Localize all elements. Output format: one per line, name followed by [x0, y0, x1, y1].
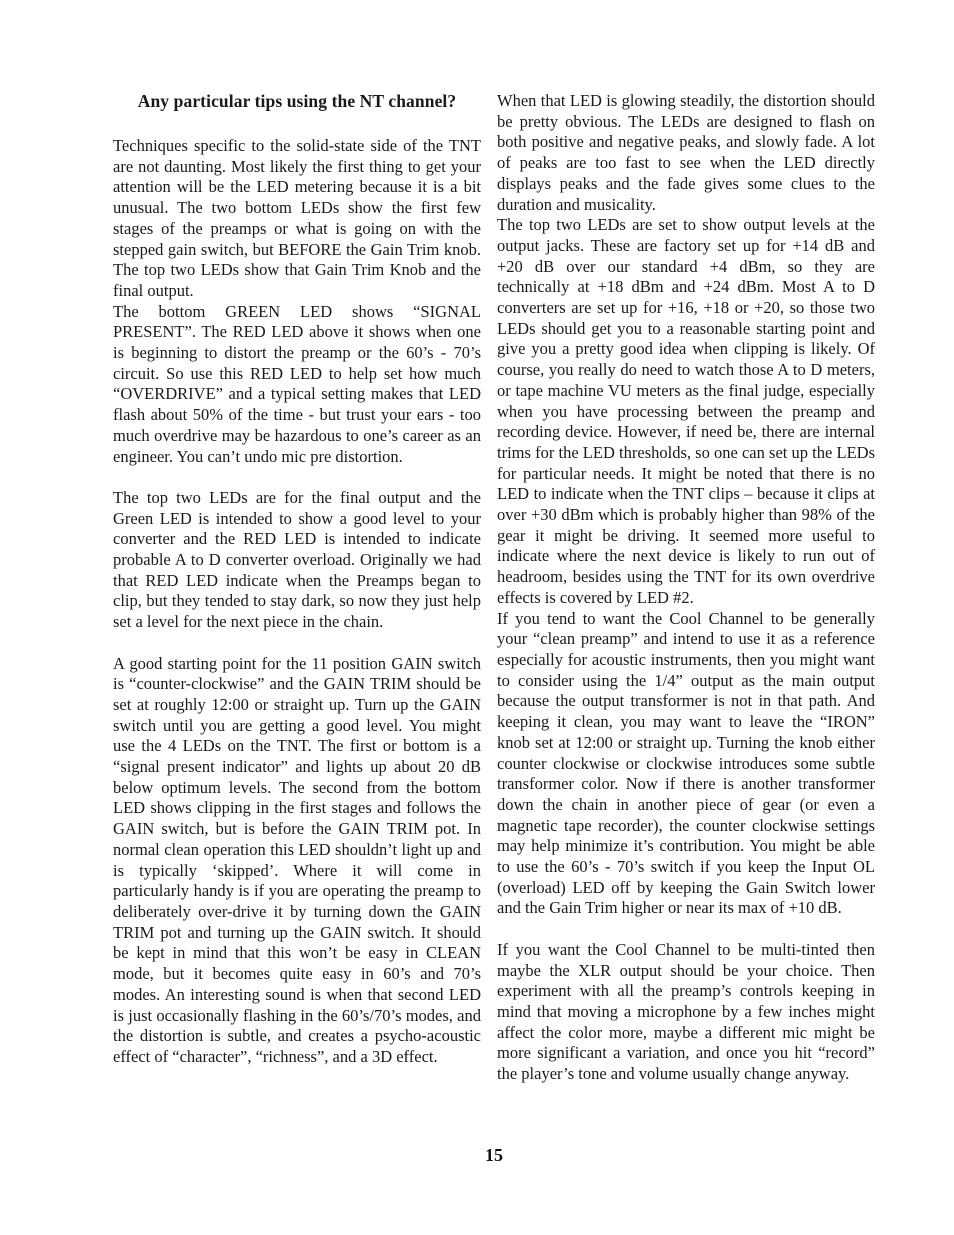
right-column: When that LED is glowing steadily, the d… — [497, 91, 875, 1085]
left-paragraph-3: The top two LEDs are for the final outpu… — [113, 488, 481, 633]
left-column: Any particular tips using the NT channel… — [113, 91, 481, 1068]
section-heading: Any particular tips using the NT channel… — [113, 91, 481, 112]
left-paragraph-4: A good starting point for the 11 positio… — [113, 654, 481, 1068]
page-number: 15 — [113, 1145, 875, 1166]
right-paragraph-3: If you tend to want the Cool Channel to … — [497, 609, 875, 920]
left-paragraph-2: The bottom GREEN LED shows “SIGNAL PRESE… — [113, 302, 481, 468]
left-paragraph-1: Techniques specific to the solid-state s… — [113, 136, 481, 302]
right-paragraph-4: If you want the Cool Channel to be multi… — [497, 940, 875, 1085]
manual-page: Any particular tips using the NT channel… — [0, 0, 954, 1235]
right-paragraph-1: When that LED is glowing steadily, the d… — [497, 91, 875, 215]
right-paragraph-2: The top two LEDs are set to show output … — [497, 215, 875, 608]
